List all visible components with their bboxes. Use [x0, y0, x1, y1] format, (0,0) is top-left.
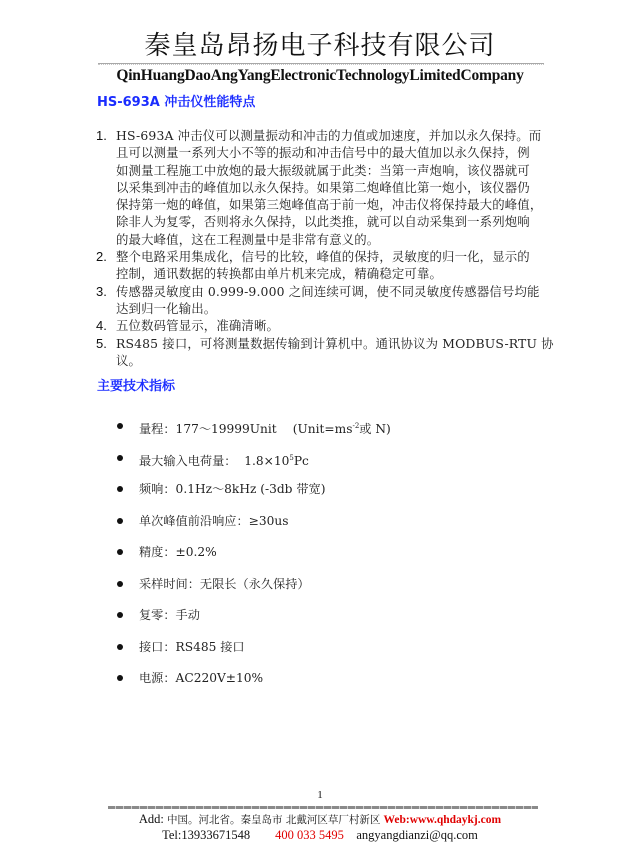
- feature-line: 议。: [116, 352, 556, 369]
- feature-line: 五位数码管显示，准确清晰。: [116, 317, 556, 334]
- page-number: 1: [0, 789, 640, 801]
- feature-item: 2. 整个电路采用集成化，信号的比较，峰值的保持，灵敏度的归一化，显示的 控制，…: [96, 248, 556, 283]
- feature-line: 除非人为复零，否则将永久保持，以此类推，就可以自动采集到一系列炮响: [116, 213, 556, 230]
- feature-item: 5. RS485 接口，可将测量数据传输到计算机中。通讯协议为 MODBUS-R…: [96, 335, 556, 370]
- bullet-icon: [117, 518, 123, 524]
- feature-line: 整个电路采用集成化，信号的比较，峰值的保持，灵敏度的归一化，显示的: [116, 248, 556, 265]
- address-text: 中国。河北省。秦皇岛市 北戴河区草厂村新区: [167, 814, 380, 826]
- spec-item-max-charge: 最大输入电荷量： 1.8×105Pc: [117, 449, 391, 481]
- bullet-icon: [117, 675, 123, 681]
- company-name-en: QinHuangDaoAngYangElectronicTechnologyLi…: [0, 66, 640, 86]
- footer-contact-line: Tel:13933671548 400 033 5495 angyangdian…: [0, 828, 640, 843]
- spec-text: 采样时间：无限长（永久保持）: [139, 575, 310, 593]
- spec-text: 单次峰值前沿响应：≥30us: [139, 512, 289, 530]
- bullet-icon: [117, 644, 123, 650]
- spec-item-accuracy: 精度：±0.2%: [117, 543, 391, 575]
- feature-number: 5.: [96, 335, 107, 352]
- document-page: 秦皇岛昂扬电子科技有限公司 QinHuangDaoAngYangElectron…: [0, 0, 640, 855]
- header-divider: [98, 63, 544, 65]
- spec-item-response: 单次峰值前沿响应：≥30us: [117, 512, 391, 544]
- feature-line: 如测量工程施工中放炮的最大振级就属于此类：当第一声炮响，该仪器就可: [116, 162, 556, 179]
- feature-line: 达到归一化输出。: [116, 300, 556, 317]
- feature-line: 传感器灵敏度由 0.999-9.000 之间连续可调，使不同灵敏度传感器信号均能: [116, 283, 556, 300]
- spec-item-power: 电源：AC220V±10%: [117, 669, 391, 701]
- spec-item-range: 量程：177～19999Unit (Unit=ms-2或 N): [117, 417, 391, 449]
- bullet-icon: [117, 581, 123, 587]
- specs-list: 量程：177～19999Unit (Unit=ms-2或 N) 最大输入电荷量：…: [117, 417, 391, 701]
- feature-item: 3. 传感器灵敏度由 0.999-9.000 之间连续可调，使不同灵敏度传感器信…: [96, 283, 556, 318]
- feature-item: 4. 五位数码管显示，准确清晰。: [96, 317, 556, 334]
- features-list: 1. HS-693A 冲击仪可以测量振动和冲击的力值或加速度，并加以永久保持。而…: [96, 127, 556, 369]
- spec-text: 频响：0.1Hz～8kHz (-3db 带宽): [139, 480, 325, 498]
- spec-text: 电源：AC220V±10%: [139, 669, 263, 687]
- feature-number: 2.: [96, 248, 107, 265]
- spec-text: 最大输入电荷量： 1.8×105Pc: [139, 449, 309, 470]
- hotline: 400 033 5495: [275, 828, 344, 842]
- spec-text: 量程：177～19999Unit (Unit=ms-2或 N): [139, 417, 391, 438]
- feature-line: 保持第一炮的峰值，如果第三炮峰值高于前一炮，冲击仪将保持最大的峰值，: [116, 196, 556, 213]
- spec-text: 复零：手动: [139, 606, 200, 624]
- bullet-icon: [117, 423, 123, 429]
- address-label: Add:: [139, 812, 164, 826]
- feature-line: RS485 接口，可将测量数据传输到计算机中。通讯协议为 MODBUS-RTU …: [116, 335, 556, 352]
- bullet-icon: [117, 455, 123, 461]
- company-name-cn: 秦皇岛昂扬电子科技有限公司: [0, 30, 640, 62]
- footer-divider: [108, 806, 538, 809]
- specs-heading: 主要技术指标: [97, 378, 175, 396]
- feature-line: HS-693A 冲击仪可以测量振动和冲击的力值或加速度，并加以永久保持。而: [116, 127, 556, 144]
- feature-item: 1. HS-693A 冲击仪可以测量振动和冲击的力值或加速度，并加以永久保持。而…: [96, 127, 556, 248]
- spec-item-reset: 复零：手动: [117, 606, 391, 638]
- bullet-icon: [117, 486, 123, 492]
- spec-text: 精度：±0.2%: [139, 543, 217, 561]
- feature-line: 的最大峰值，这在工程测量中是非常有意义的。: [116, 231, 556, 248]
- feature-number: 3.: [96, 283, 107, 300]
- feature-line: 以采集到冲击的峰值加以永久保持。如果第二炮峰值比第一炮小，该仪器仍: [116, 179, 556, 196]
- telephone: Tel:13933671548: [162, 828, 250, 842]
- feature-number: 4.: [96, 317, 107, 334]
- features-heading: HS-693A 冲击仪性能特点: [97, 94, 255, 112]
- website-link[interactable]: Web:www.qhdaykj.com: [384, 814, 502, 826]
- feature-line: 控制，通讯数据的转换都由单片机来完成，精确稳定可靠。: [116, 265, 556, 282]
- footer-address-line: Add: 中国。河北省。秦皇岛市 北戴河区草厂村新区 Web:www.qhday…: [0, 812, 640, 827]
- spec-item-frequency: 频响：0.1Hz～8kHz (-3db 带宽): [117, 480, 391, 512]
- email-link[interactable]: angyangdianzi@qq.com: [356, 828, 478, 842]
- feature-line: 且可以测量一系列大小不等的振动和冲击信号中的最大值加以永久保持，例: [116, 144, 556, 161]
- bullet-icon: [117, 612, 123, 618]
- bullet-icon: [117, 549, 123, 555]
- spec-item-interface: 接口：RS485 接口: [117, 638, 391, 670]
- feature-number: 1.: [96, 127, 107, 144]
- spec-text: 接口：RS485 接口: [139, 638, 245, 656]
- spec-item-sampling: 采样时间：无限长（永久保持）: [117, 575, 391, 607]
